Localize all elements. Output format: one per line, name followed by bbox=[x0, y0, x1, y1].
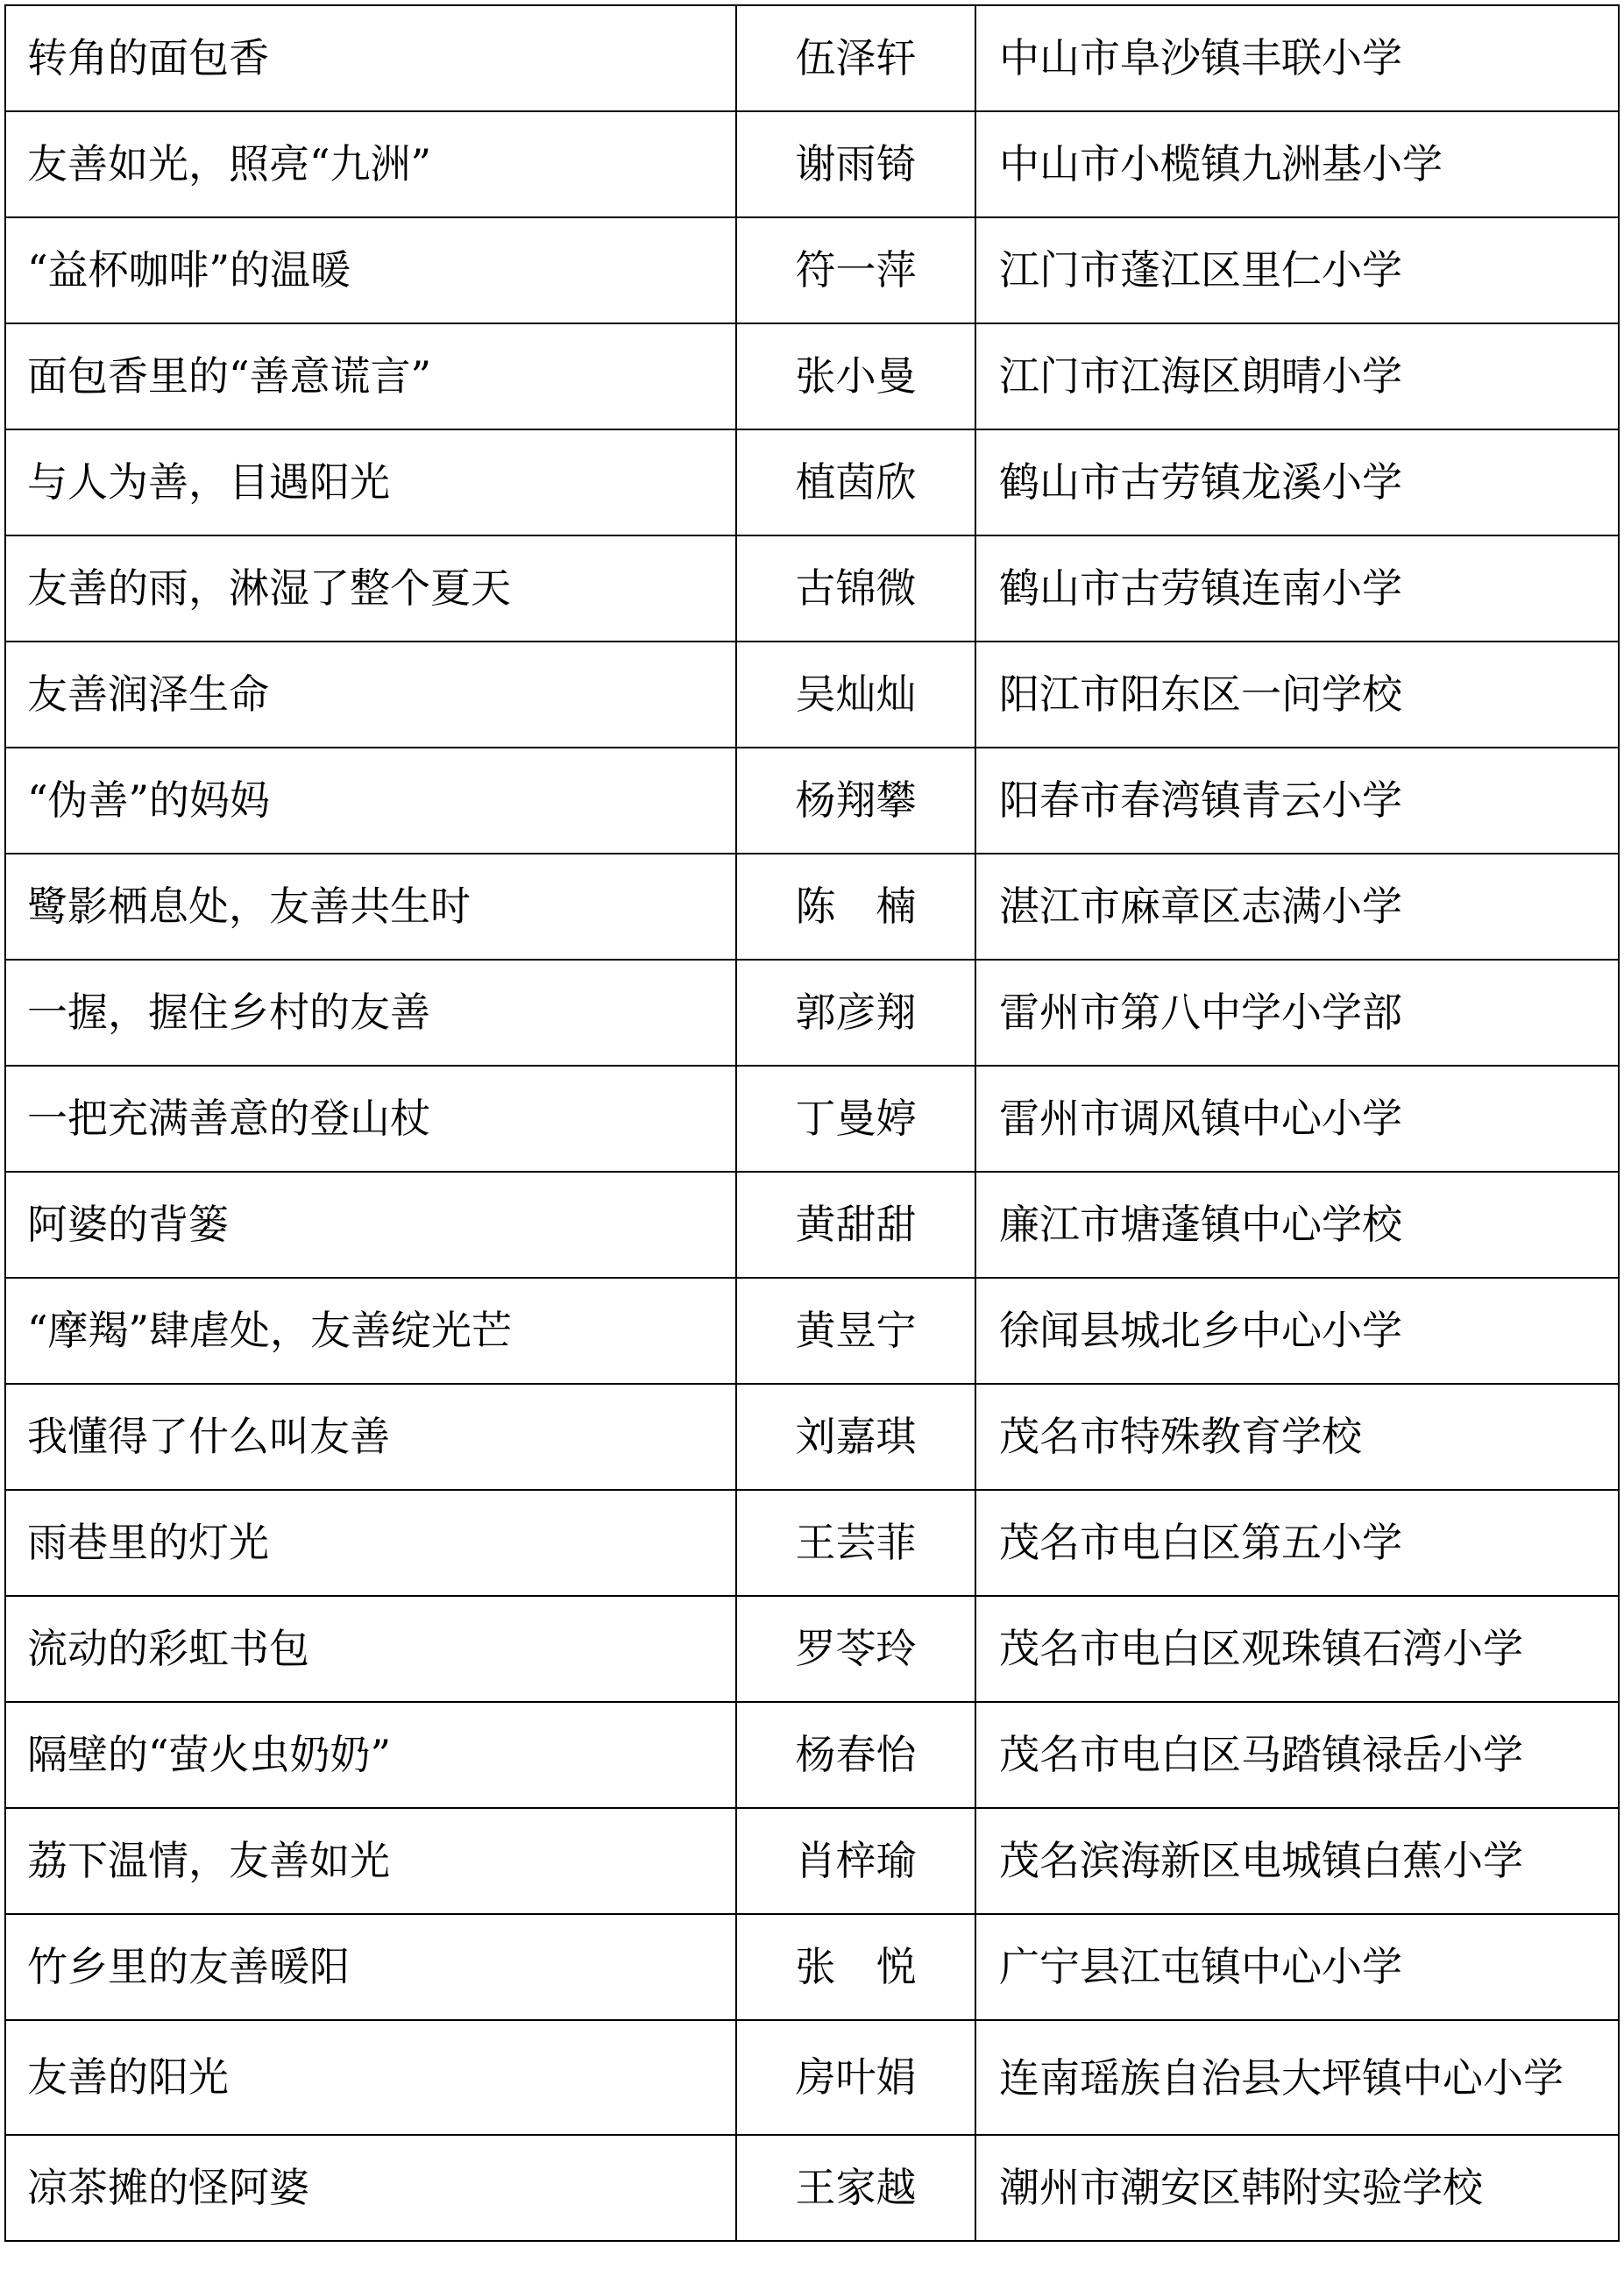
table-row: 友善润泽生命 吴灿灿 阳江市阳东区一问学校 bbox=[5, 642, 1619, 748]
essay-title-cell: “伪善”的妈妈 bbox=[5, 748, 736, 854]
essay-title-cell: 一把充满善意的登山杖 bbox=[5, 1066, 736, 1172]
school-cell: 江门市江海区朗晴小学 bbox=[975, 323, 1619, 429]
school-cell: 阳春市春湾镇青云小学 bbox=[975, 748, 1619, 854]
school-cell: 中山市阜沙镇丰联小学 bbox=[975, 5, 1619, 111]
school-cell: 茂名滨海新区电城镇白蕉小学 bbox=[975, 1808, 1619, 1914]
table-row: 与人为善，目遇阳光 植茵欣 鹤山市古劳镇龙溪小学 bbox=[5, 429, 1619, 535]
table-row: 鹭影栖息处，友善共生时 陈 楠 湛江市麻章区志满小学 bbox=[5, 854, 1619, 960]
table-row: 隔壁的“萤火虫奶奶” 杨春怡 茂名市电白区马踏镇禄岳小学 bbox=[5, 1702, 1619, 1808]
table-row: 友善的阳光 房叶娟 连南瑶族自治县大坪镇中心小学 bbox=[5, 2020, 1619, 2135]
essay-title-cell: 雨巷里的灯光 bbox=[5, 1490, 736, 1596]
school-cell: 雷州市第八中学小学部 bbox=[975, 960, 1619, 1066]
table-row: 荔下温情，友善如光 肖梓瑜 茂名滨海新区电城镇白蕉小学 bbox=[5, 1808, 1619, 1914]
table-row: 雨巷里的灯光 王芸菲 茂名市电白区第五小学 bbox=[5, 1490, 1619, 1596]
author-cell: 吴灿灿 bbox=[736, 642, 975, 748]
school-cell: 茂名市电白区马踏镇禄岳小学 bbox=[975, 1702, 1619, 1808]
essay-title-cell: 友善润泽生命 bbox=[5, 642, 736, 748]
author-cell: 刘嘉琪 bbox=[736, 1384, 975, 1490]
author-cell: 肖梓瑜 bbox=[736, 1808, 975, 1914]
school-cell: 连南瑶族自治县大坪镇中心小学 bbox=[975, 2020, 1619, 2135]
table-row: 一握，握住乡村的友善 郭彦翔 雷州市第八中学小学部 bbox=[5, 960, 1619, 1066]
awards-table: 转角的面包香 伍泽轩 中山市阜沙镇丰联小学 友善如光，照亮“九洲” 谢雨锜 中山… bbox=[4, 4, 1620, 2242]
essay-title-cell: 与人为善，目遇阳光 bbox=[5, 429, 736, 535]
author-cell: 陈 楠 bbox=[736, 854, 975, 960]
table-row: 阿婆的背篓 黄甜甜 廉江市塘蓬镇中心学校 bbox=[5, 1172, 1619, 1278]
essay-title-cell: 友善如光，照亮“九洲” bbox=[5, 111, 736, 217]
table-row: “伪善”的妈妈 杨翔攀 阳春市春湾镇青云小学 bbox=[5, 748, 1619, 854]
author-cell: 张 悦 bbox=[736, 1914, 975, 2020]
school-cell: 鹤山市古劳镇龙溪小学 bbox=[975, 429, 1619, 535]
author-cell: 张小曼 bbox=[736, 323, 975, 429]
school-cell: 湛江市麻章区志满小学 bbox=[975, 854, 1619, 960]
essay-title-cell: 流动的彩虹书包 bbox=[5, 1596, 736, 1702]
essay-title-cell: 鹭影栖息处，友善共生时 bbox=[5, 854, 736, 960]
essay-title-cell: 面包香里的“善意谎言” bbox=[5, 323, 736, 429]
essay-title-cell: 竹乡里的友善暖阳 bbox=[5, 1914, 736, 2020]
school-cell: 雷州市调风镇中心小学 bbox=[975, 1066, 1619, 1172]
essay-title-cell: 阿婆的背篓 bbox=[5, 1172, 736, 1278]
essay-title-cell: 凉茶摊的怪阿婆 bbox=[5, 2135, 736, 2241]
table-row: 面包香里的“善意谎言” 张小曼 江门市江海区朗晴小学 bbox=[5, 323, 1619, 429]
author-cell: 黄甜甜 bbox=[736, 1172, 975, 1278]
author-cell: 黄昱宁 bbox=[736, 1278, 975, 1384]
school-cell: 广宁县江屯镇中心小学 bbox=[975, 1914, 1619, 2020]
table-body: 转角的面包香 伍泽轩 中山市阜沙镇丰联小学 友善如光，照亮“九洲” 谢雨锜 中山… bbox=[5, 5, 1619, 2241]
author-cell: 谢雨锜 bbox=[736, 111, 975, 217]
table-row: 友善如光，照亮“九洲” 谢雨锜 中山市小榄镇九洲基小学 bbox=[5, 111, 1619, 217]
author-cell: 杨翔攀 bbox=[736, 748, 975, 854]
school-cell: 鹤山市古劳镇连南小学 bbox=[975, 535, 1619, 642]
author-cell: 杨春怡 bbox=[736, 1702, 975, 1808]
author-cell: 植茵欣 bbox=[736, 429, 975, 535]
table-row: 我懂得了什么叫友善 刘嘉琪 茂名市特殊教育学校 bbox=[5, 1384, 1619, 1490]
school-cell: 廉江市塘蓬镇中心学校 bbox=[975, 1172, 1619, 1278]
school-cell: 茂名市电白区观珠镇石湾小学 bbox=[975, 1596, 1619, 1702]
table-row: 竹乡里的友善暖阳 张 悦 广宁县江屯镇中心小学 bbox=[5, 1914, 1619, 2020]
school-cell: 潮州市潮安区韩附实验学校 bbox=[975, 2135, 1619, 2241]
table-row: 友善的雨，淋湿了整个夏天 古锦微 鹤山市古劳镇连南小学 bbox=[5, 535, 1619, 642]
author-cell: 房叶娟 bbox=[736, 2020, 975, 2135]
school-cell: 徐闻县城北乡中心小学 bbox=[975, 1278, 1619, 1384]
essay-title-cell: 荔下温情，友善如光 bbox=[5, 1808, 736, 1914]
school-cell: 阳江市阳东区一问学校 bbox=[975, 642, 1619, 748]
table-row: 凉茶摊的怪阿婆 王家越 潮州市潮安区韩附实验学校 bbox=[5, 2135, 1619, 2241]
essay-title-cell: 隔壁的“萤火虫奶奶” bbox=[5, 1702, 736, 1808]
author-cell: 王家越 bbox=[736, 2135, 975, 2241]
table-row: 一把充满善意的登山杖 丁曼婷 雷州市调风镇中心小学 bbox=[5, 1066, 1619, 1172]
school-cell: 中山市小榄镇九洲基小学 bbox=[975, 111, 1619, 217]
essay-title-cell: 友善的阳光 bbox=[5, 2020, 736, 2135]
author-cell: 古锦微 bbox=[736, 535, 975, 642]
author-cell: 伍泽轩 bbox=[736, 5, 975, 111]
essay-title-cell: “摩羯”肆虐处，友善绽光芒 bbox=[5, 1278, 736, 1384]
essay-title-cell: 我懂得了什么叫友善 bbox=[5, 1384, 736, 1490]
table-row: “益杯咖啡”的温暖 符一萍 江门市蓬江区里仁小学 bbox=[5, 217, 1619, 323]
table-row: 流动的彩虹书包 罗苓玲 茂名市电白区观珠镇石湾小学 bbox=[5, 1596, 1619, 1702]
author-cell: 郭彦翔 bbox=[736, 960, 975, 1066]
essay-title-cell: 一握，握住乡村的友善 bbox=[5, 960, 736, 1066]
author-cell: 符一萍 bbox=[736, 217, 975, 323]
table-row: “摩羯”肆虐处，友善绽光芒 黄昱宁 徐闻县城北乡中心小学 bbox=[5, 1278, 1619, 1384]
essay-title-cell: 转角的面包香 bbox=[5, 5, 736, 111]
author-cell: 丁曼婷 bbox=[736, 1066, 975, 1172]
school-text-wrapped: 连南瑶族自治县大坪镇中心小学 bbox=[999, 2053, 1600, 2103]
school-cell: 茂名市电白区第五小学 bbox=[975, 1490, 1619, 1596]
essay-title-cell: “益杯咖啡”的温暖 bbox=[5, 217, 736, 323]
author-cell: 罗苓玲 bbox=[736, 1596, 975, 1702]
table-row: 转角的面包香 伍泽轩 中山市阜沙镇丰联小学 bbox=[5, 5, 1619, 111]
school-cell: 江门市蓬江区里仁小学 bbox=[975, 217, 1619, 323]
essay-title-cell: 友善的雨，淋湿了整个夏天 bbox=[5, 535, 736, 642]
school-cell: 茂名市特殊教育学校 bbox=[975, 1384, 1619, 1490]
author-cell: 王芸菲 bbox=[736, 1490, 975, 1596]
